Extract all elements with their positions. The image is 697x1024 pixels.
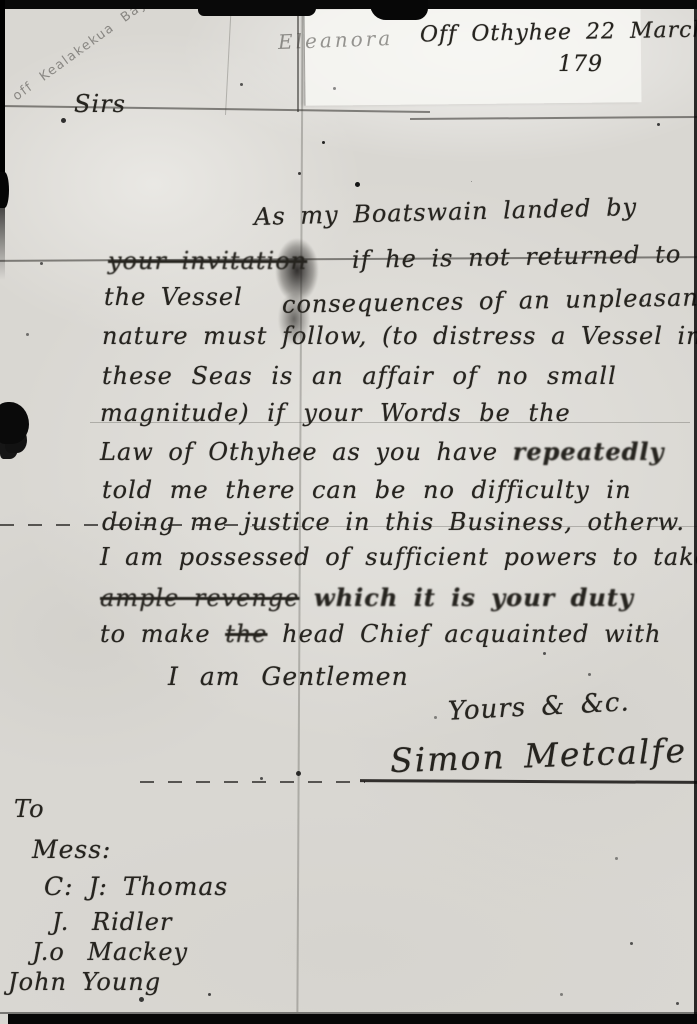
body-line-2-struck: your invitation [108, 247, 307, 275]
closing-valediction: I am Gentlemen [168, 662, 409, 691]
body-line-6: magnitude) if your Words be the [100, 399, 571, 427]
fold-crease-horizontal-top-a [0, 105, 430, 113]
addressee-thomas: C: J: Thomas [44, 872, 228, 901]
address-mess: Mess: [32, 835, 111, 864]
address-to: To [14, 795, 45, 823]
scan-border-left-blob [0, 172, 9, 208]
ink-blot [0, 402, 29, 444]
fold-crease-vertical-left-top [225, 0, 232, 115]
body-line-3b: consequences of an unpleasant [282, 283, 697, 318]
body-line-12a: to make [100, 620, 211, 648]
body-line-11-struck: ample revenge [100, 584, 299, 612]
body-line-3a: the Vessel [104, 283, 243, 311]
scan-border-top [0, 0, 697, 9]
body-line-7-text: Law of Othyhee as you have [100, 438, 498, 466]
salutation: Sirs [74, 90, 126, 118]
body-line-12b: head Chief acquainted with [282, 620, 661, 648]
dateline-year: 179 [558, 52, 603, 77]
body-line-9: doing me justice in this Business, other… [102, 508, 685, 536]
fold-crease-vertical-center-dark [297, 12, 299, 112]
scanned-letter-page: off Kealakekua Bay Eleanora Off Othyhee … [0, 0, 697, 1024]
addressee-ridler: J. Ridler [52, 908, 172, 936]
body-line-5: these Seas is an affair of no small [102, 362, 617, 390]
scan-border-top-blob [370, 0, 428, 20]
pencil-annotation: off Kealakekua Bay [10, 0, 151, 104]
body-line-2: if he is not returned to [352, 240, 682, 274]
scan-border-top-bump [198, 0, 316, 16]
dateline: Off Othyhee 22 March [420, 17, 697, 47]
signature: Simon Metcalfe [389, 731, 687, 780]
body-line-8: told me there can be no difficulty in [102, 476, 632, 504]
scan-border-bottom [8, 1014, 697, 1024]
body-line-1: As my Boatswain landed by [254, 193, 638, 231]
addressee-young: John Young [8, 968, 161, 996]
body-line-10: I am possessed of sufficient powers to t… [100, 543, 697, 571]
body-line-12: to make the head Chief acquainted with [100, 620, 661, 648]
body-line-11-smeared: which it is your duty [314, 583, 634, 612]
signature-rule-dashed [140, 781, 365, 783]
body-line-11: ample revenge which it is your duty [100, 583, 634, 612]
body-line-4: nature must follow, (to distress a Vesse… [102, 322, 697, 350]
ship-name: Eleanora [278, 26, 394, 54]
body-line-7: Law of Othyhee as you have repeatedly [100, 437, 664, 466]
fold-crease-horizontal-top-b [410, 116, 697, 120]
scan-border-left [0, 0, 5, 280]
addressee-mackey: J.o Mackey [32, 938, 188, 966]
body-line-7-smeared: repeatedly [513, 437, 665, 466]
closing-yours: Yours & &c. [447, 687, 630, 726]
body-line-12-struck: the [225, 620, 267, 648]
signature-rule [360, 779, 697, 783]
